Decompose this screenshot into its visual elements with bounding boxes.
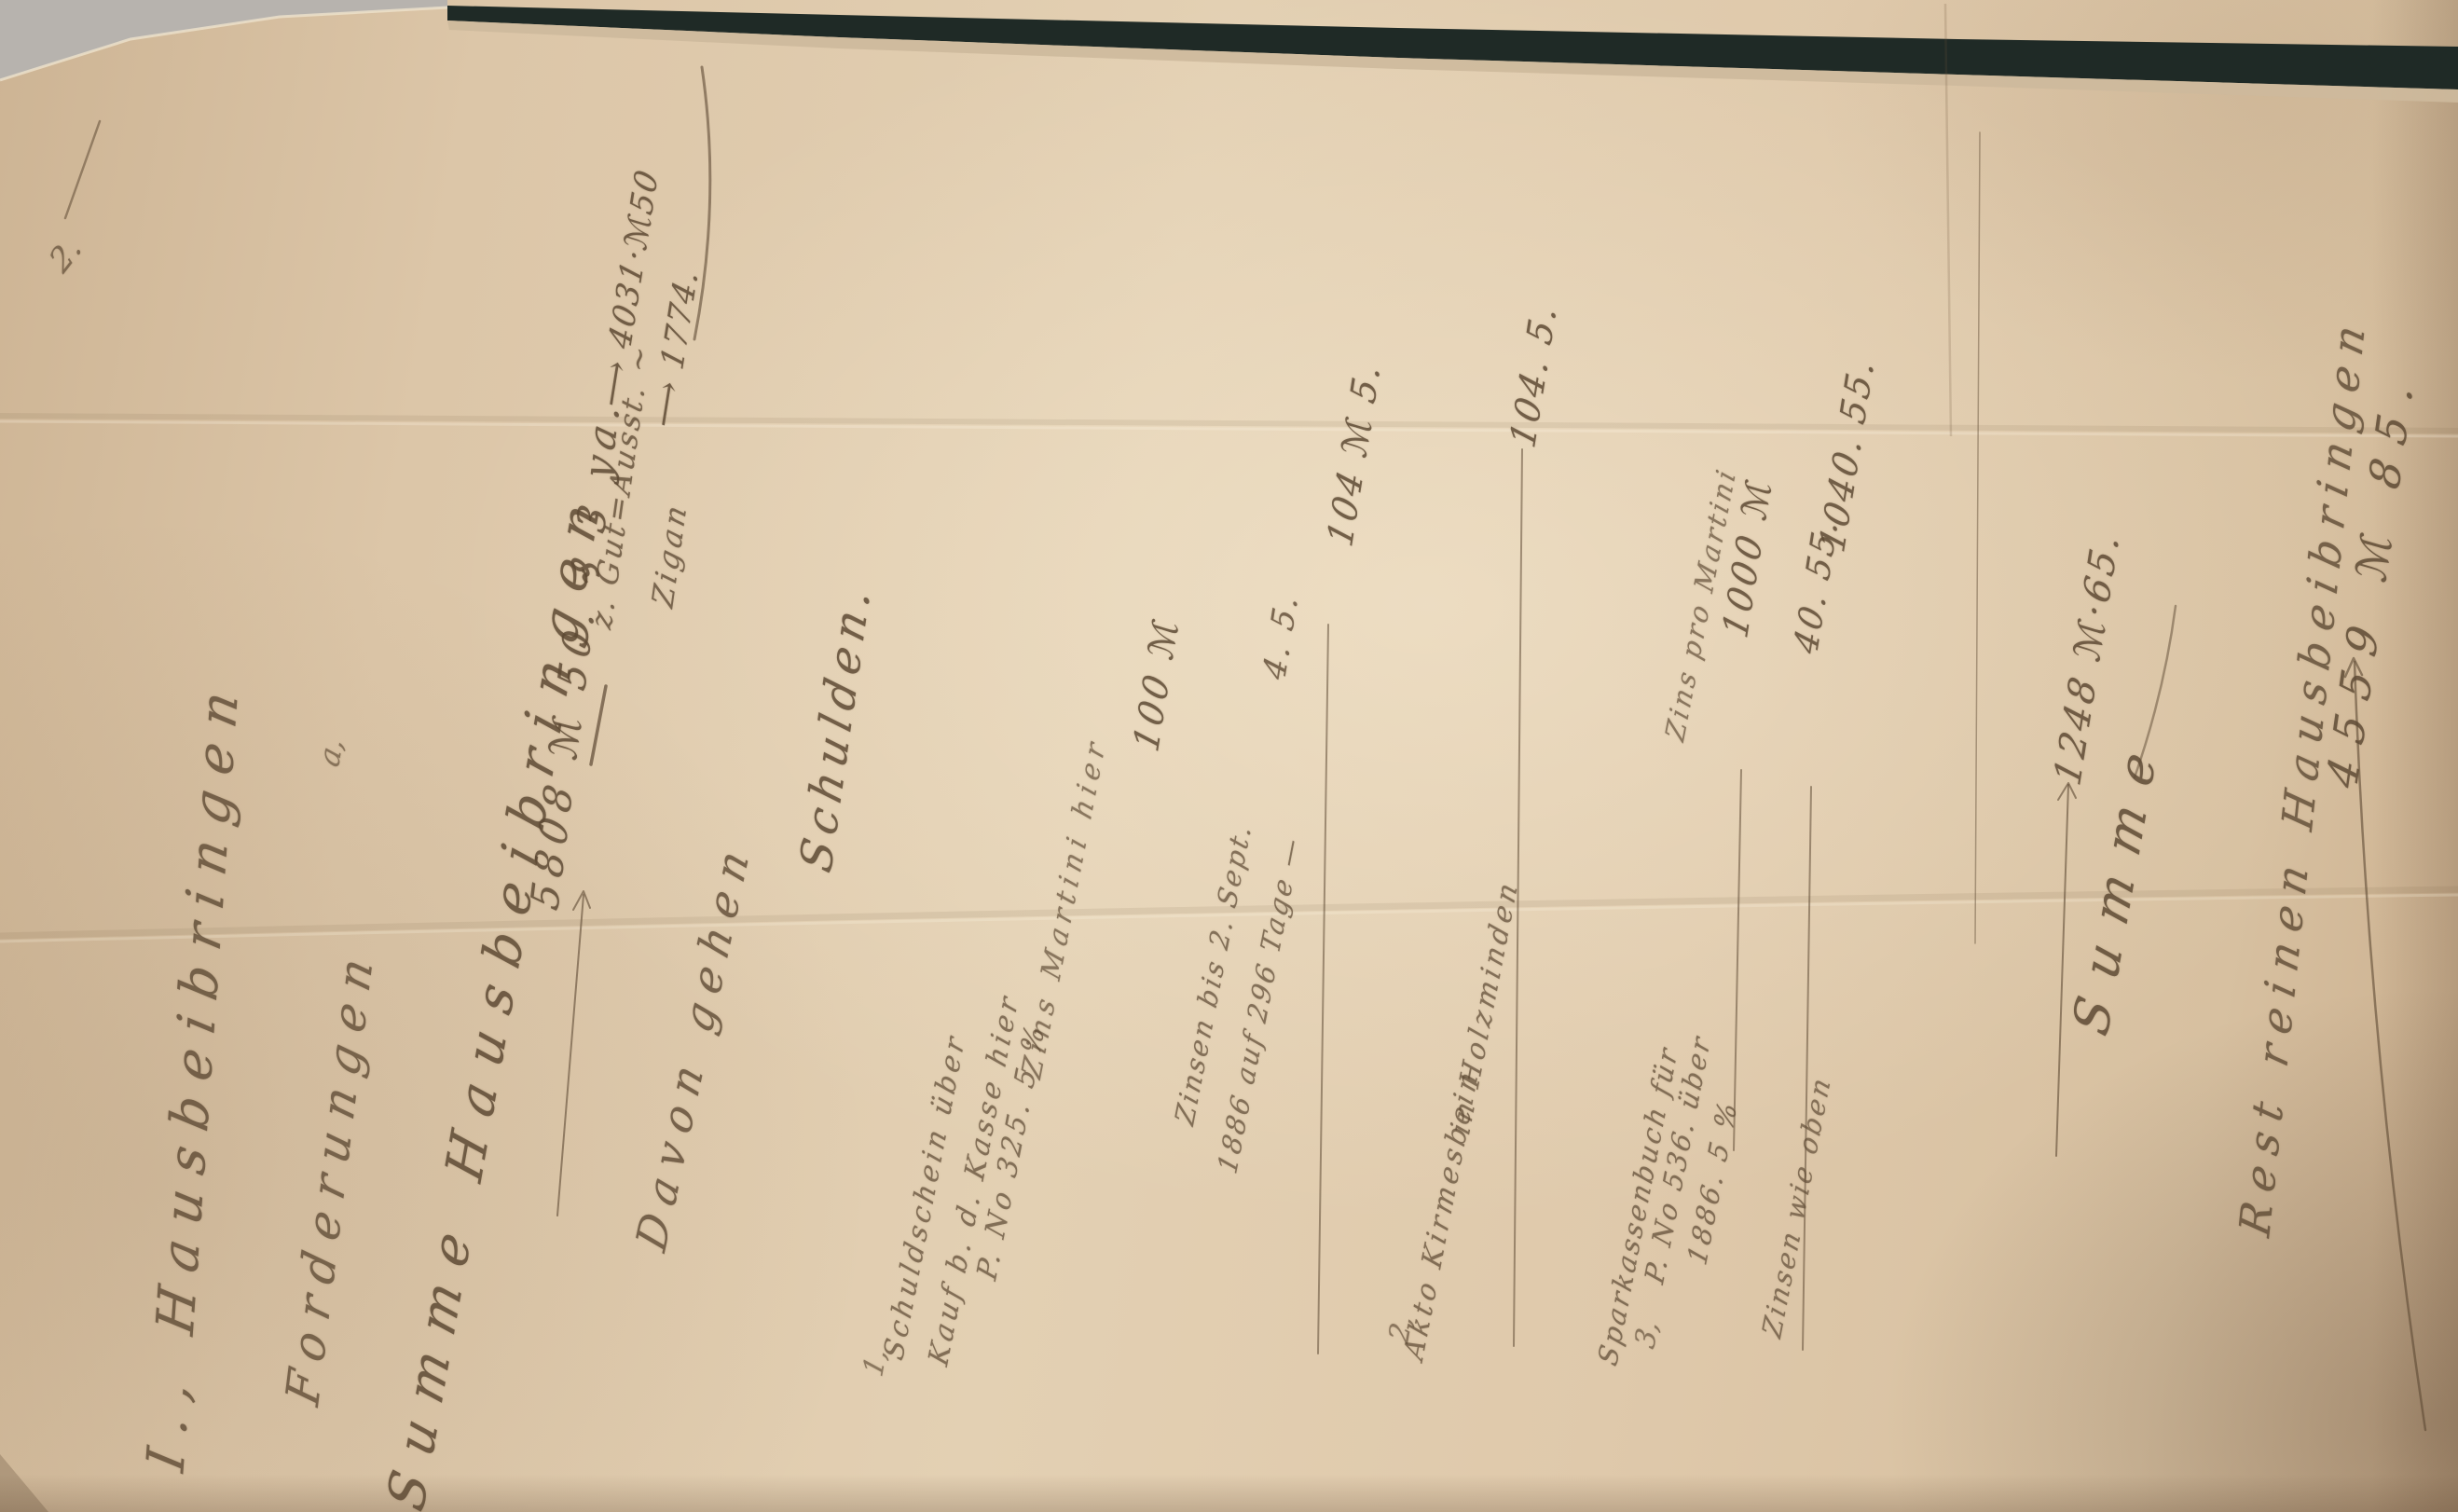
deduction-2-label: Zigan	[645, 498, 693, 611]
entry3-total: 1040. 55.	[1812, 352, 1882, 557]
entry3-marker: 3,	[1629, 1316, 1666, 1353]
entry1-total: 104 ℳ 5.	[1320, 357, 1388, 551]
page-number-mark: 2.	[43, 227, 89, 281]
entry2-total: 104. 5.	[1503, 298, 1565, 452]
heading-forderungen: Forderungen	[276, 939, 385, 1410]
davon-gehen: Davon gehen	[626, 832, 761, 1258]
entry1-principal: 100 ℳ	[1126, 612, 1187, 756]
handwriting-layer: 2.I., HausbeibringenForderungena,Summe H…	[0, 0, 2458, 1512]
entry2-line: in Holzminden	[1445, 875, 1525, 1139]
heading-schulden: Schulden.	[790, 576, 882, 878]
entry1-line: Zins Martini hier	[1016, 733, 1113, 1083]
entry3-line: Zinsen wie oben	[1756, 1071, 1837, 1341]
item-letter: a,	[311, 733, 350, 771]
heading-hausbeibringen: I., Hausbeibringen	[136, 669, 252, 1476]
entry1-interest: 4. 5.	[1256, 587, 1306, 683]
photo-of-document: 2.I., HausbeibringenForderungena,Summe H…	[0, 0, 2458, 1512]
